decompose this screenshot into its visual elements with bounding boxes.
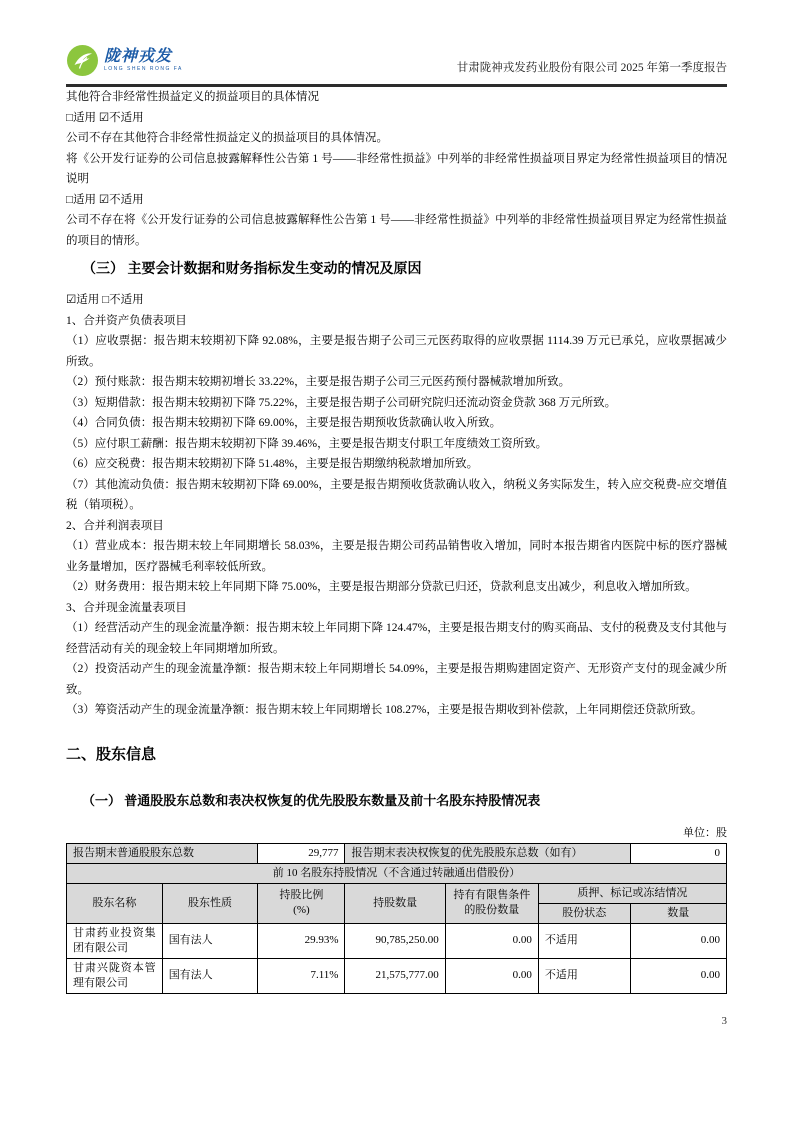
document-body: 其他符合非经常性损益定义的损益项目的具体情况 □适用 ☑不适用 公司不存在其他符… <box>66 87 727 994</box>
table-row: 甘肃兴陇资本管理有限公司 国有法人 7.11% 21,575,777.00 0.… <box>67 958 727 993</box>
col-header-ratio: 持股比例 (%) <box>258 883 345 923</box>
section-heading-3: （三） 主要会计数据和财务指标发生变动的情况及原因 <box>82 260 727 280</box>
table-header-row: 股东名称 股东性质 持股比例 (%) 持股数量 持有有限售条件的股份数量 质押、… <box>67 883 727 903</box>
body-paragraph: （6）应交税费：报告期末较期初下降 51.48%，主要是报告期缴纳税款增加所致。 <box>66 454 727 475</box>
subsection-heading: （一） 普通股股东总数和表决权恢复的优先股股东数量及前十名股东持股情况表 <box>82 792 727 810</box>
common-shareholders-label: 报告期末普通股股东总数 <box>67 843 258 863</box>
body-paragraph: （3）短期借款：报告期末较期初下降 75.22%，主要是报告期子公司研究院归还流… <box>66 393 727 414</box>
applicability-checkboxes: □适用 ☑不适用 <box>66 190 727 211</box>
body-paragraph: （5）应付职工薪酬：报告期末较期初下降 39.46%，主要是报告期支付职工年度绩… <box>66 434 727 455</box>
pledge-qty: 0.00 <box>630 958 726 993</box>
shareholder-shares: 90,785,250.00 <box>345 923 445 958</box>
page-header: 陇神戎发 LONG SHEN RONG FA 甘肃陇神戎发药业股份有限公司 20… <box>66 0 727 87</box>
pledge-status: 不适用 <box>538 958 630 993</box>
preferred-shareholders-value: 0 <box>630 843 726 863</box>
shareholder-nature: 国有法人 <box>162 923 258 958</box>
list-heading: 1、合并资产负债表项目 <box>66 311 727 332</box>
shareholder-restricted: 0.00 <box>445 958 538 993</box>
body-paragraph: （1）应收票据：报告期末较期初下降 92.08%，主要是报告期子公司三元医药取得… <box>66 331 727 372</box>
body-paragraph: （1）营业成本：报告期末较上年同期增长 58.03%，主要是报告期公司药品销售收… <box>66 536 727 577</box>
col-header-restricted: 持有有限售条件的股份数量 <box>445 883 538 923</box>
report-title: 甘肃陇神戎发药业股份有限公司 2025 年第一季度报告 <box>457 59 727 77</box>
body-paragraph: （1）经营活动产生的现金流量净额：报告期末较上年同期下降 124.47%，主要是… <box>66 618 727 659</box>
col-header-pledge-status: 股份状态 <box>538 903 630 923</box>
body-paragraph: （3）筹资活动产生的现金流量净额：报告期末较上年同期增长 108.27%，主要是… <box>66 700 727 721</box>
list-heading: 3、合并现金流量表项目 <box>66 598 727 619</box>
table-caption-row: 前 10 名股东持股情况（不含通过转融通出借股份） <box>67 863 727 883</box>
shareholder-ratio: 29.93% <box>258 923 345 958</box>
shareholder-shares: 21,575,777.00 <box>345 958 445 993</box>
list-heading: 2、合并利润表项目 <box>66 516 727 537</box>
company-logo-icon <box>66 44 99 77</box>
body-paragraph: 公司不存在其他符合非经常性损益定义的损益项目的具体情况。 <box>66 128 727 149</box>
table-summary-row: 报告期末普通股股东总数 29,777 报告期末表决权恢复的优先股股东总数（如有）… <box>67 843 727 863</box>
brand-text-block: 陇神戎发 LONG SHEN RONG FA <box>104 49 183 72</box>
preferred-shareholders-label: 报告期末表决权恢复的优先股股东总数（如有） <box>345 843 630 863</box>
body-paragraph: 将《公开发行证券的公司信息披露解释性公告第 1 号——非经常性损益》中列举的非经… <box>66 149 727 190</box>
unit-label: 单位：股 <box>66 826 727 840</box>
body-paragraph: （7）其他流动负债：报告期末较期初下降 69.00%，主要是报告期预收货款确认收… <box>66 475 727 516</box>
pledge-status: 不适用 <box>538 923 630 958</box>
shareholder-restricted: 0.00 <box>445 923 538 958</box>
report-page: 陇神戎发 LONG SHEN RONG FA 甘肃陇神戎发药业股份有限公司 20… <box>0 0 793 1122</box>
body-paragraph: 公司不存在将《公开发行证券的公司信息披露解释性公告第 1 号——非经常性损益》中… <box>66 210 727 251</box>
table-row: 甘肃药业投资集团有限公司 国有法人 29.93% 90,785,250.00 0… <box>67 923 727 958</box>
brand-subtitle: LONG SHEN RONG FA <box>104 67 183 72</box>
body-paragraph: （2）财务费用：报告期末较上年同期下降 75.00%，主要是报告期部分贷款已归还… <box>66 577 727 598</box>
body-paragraph: 其他符合非经常性损益定义的损益项目的具体情况 <box>66 87 727 108</box>
company-logo: 陇神戎发 LONG SHEN RONG FA <box>66 44 183 77</box>
body-paragraph: （2）预付账款：报告期末较期初增长 33.22%，主要是报告期子公司三元医药预付… <box>66 372 727 393</box>
col-header-name: 股东名称 <box>67 883 163 923</box>
top10-caption: 前 10 名股东持股情况（不含通过转融通出借股份） <box>67 863 727 883</box>
body-paragraph: （4）合同负债：报告期末较期初下降 69.00%，主要是报告期预收货款确认收入所… <box>66 413 727 434</box>
applicability-checkboxes: □适用 ☑不适用 <box>66 108 727 129</box>
section-heading-2: 二、股东信息 <box>66 745 727 766</box>
shareholder-name: 甘肃药业投资集团有限公司 <box>67 923 163 958</box>
page-number: 3 <box>66 1014 727 1028</box>
common-shareholders-value: 29,777 <box>258 843 345 863</box>
shareholder-ratio: 7.11% <box>258 958 345 993</box>
col-header-pledge-group: 质押、标记或冻结情况 <box>538 883 726 903</box>
shareholder-table: 报告期末普通股股东总数 29,777 报告期末表决权恢复的优先股股东总数（如有）… <box>66 843 727 994</box>
applicability-checkboxes: ☑适用 □不适用 <box>66 290 727 311</box>
brand-name: 陇神戎发 <box>104 49 183 65</box>
col-header-pledge-qty: 数量 <box>630 903 726 923</box>
body-paragraph: （2）投资活动产生的现金流量净额：报告期末较上年同期增长 54.09%，主要是报… <box>66 659 727 700</box>
shareholder-name: 甘肃兴陇资本管理有限公司 <box>67 958 163 993</box>
col-header-shares: 持股数量 <box>345 883 445 923</box>
shareholder-nature: 国有法人 <box>162 958 258 993</box>
pledge-qty: 0.00 <box>630 923 726 958</box>
col-header-nature: 股东性质 <box>162 883 258 923</box>
